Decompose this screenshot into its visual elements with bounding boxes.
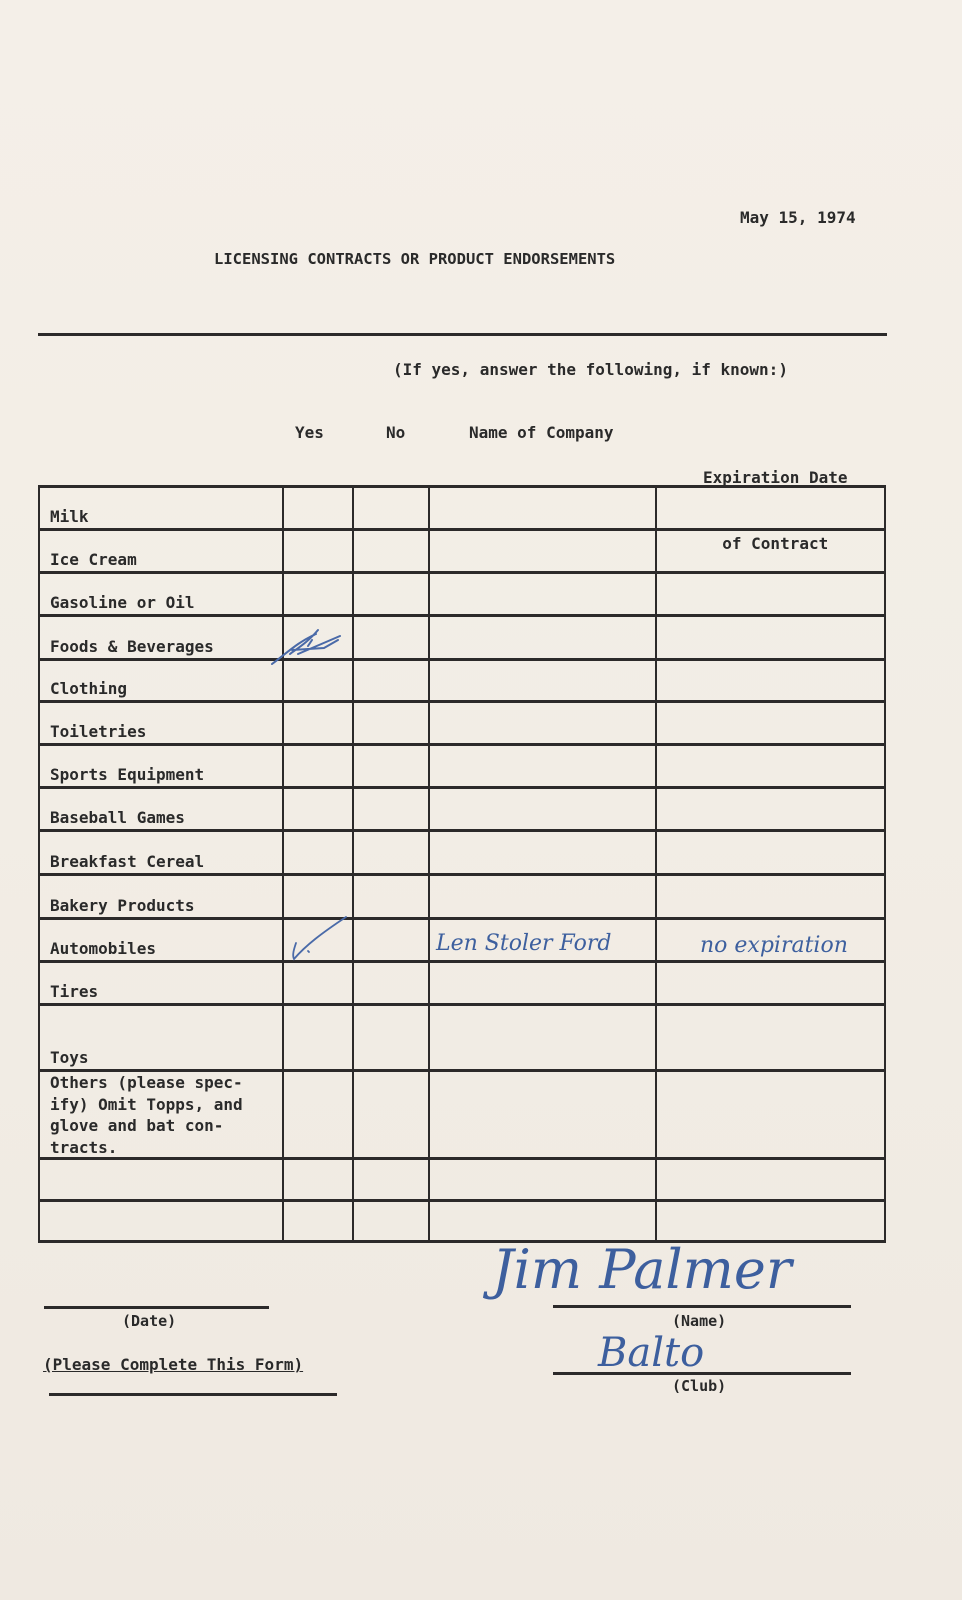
row-line [38, 743, 886, 746]
row-line [38, 873, 886, 876]
endorsements-table: Milk Ice Cream Gasoline or Oil Foods & B… [38, 485, 886, 1242]
company-automobiles: Len Stoler Ford [436, 931, 611, 956]
row-label-ice-cream: Ice Cream [50, 549, 137, 570]
column-divider-expiration [655, 485, 657, 1242]
row-line [38, 829, 886, 832]
row-line [38, 917, 886, 920]
name-label: (Name) [672, 1312, 726, 1330]
document-title: LICENSING CONTRACTS OR PRODUCT ENDORSEME… [214, 250, 615, 268]
document-date: May 15, 1974 [740, 208, 856, 227]
expiration-automobiles: no expiration [700, 933, 848, 958]
title-rule [38, 333, 887, 336]
row-label-sports-equipment: Sports Equipment [50, 764, 204, 785]
row-label-others: Others (please spec- ify) Omit Topps, an… [50, 1072, 243, 1158]
row-line [38, 614, 886, 617]
row-line [38, 960, 886, 963]
row-label-milk: Milk [50, 506, 89, 527]
row-label-breakfast-cereal: Breakfast Cereal [50, 851, 204, 872]
row-line [38, 528, 886, 531]
row-label-bakery-products: Bakery Products [50, 895, 195, 916]
table-border-left [38, 485, 40, 1242]
row-label-gasoline-oil: Gasoline or Oil [50, 592, 195, 613]
row-label-toiletries: Toiletries [50, 721, 146, 742]
column-header-company: Name of Company [469, 423, 614, 442]
row-line [38, 786, 886, 789]
please-complete-note: (Please Complete This Form) [43, 1355, 303, 1374]
row-label-clothing: Clothing [50, 678, 127, 699]
row-line [38, 700, 886, 703]
table-border-right [884, 485, 886, 1242]
name-signature: Jim Palmer [492, 1238, 792, 1301]
row-line [38, 658, 886, 661]
date-signature-line [44, 1306, 269, 1309]
row-label-toys: Toys [50, 1047, 89, 1068]
row-line [38, 1003, 886, 1006]
column-header-no: No [386, 423, 405, 442]
row-label-automobiles: Automobiles [50, 938, 156, 959]
column-header-yes: Yes [295, 423, 324, 442]
club-signature-line [553, 1372, 851, 1375]
column-divider-company [428, 485, 430, 1242]
club-signature: Balto [598, 1330, 704, 1376]
row-line [38, 571, 886, 574]
row-line [38, 1199, 886, 1202]
column-divider-yes [282, 485, 284, 1242]
please-complete-rule [49, 1393, 337, 1396]
name-signature-line [553, 1305, 851, 1308]
row-label-foods-beverages: Foods & Beverages [50, 636, 214, 657]
club-label: (Club) [672, 1377, 726, 1395]
date-label: (Date) [122, 1312, 176, 1330]
checkmark-icon [288, 915, 358, 965]
instruction-text: (If yes, answer the following, if known:… [393, 360, 788, 379]
scribble-mark-icon [268, 620, 348, 670]
table-border-top [38, 485, 886, 488]
row-label-tires: Tires [50, 981, 98, 1002]
row-label-baseball-games: Baseball Games [50, 807, 185, 828]
column-divider-no [352, 485, 354, 1242]
